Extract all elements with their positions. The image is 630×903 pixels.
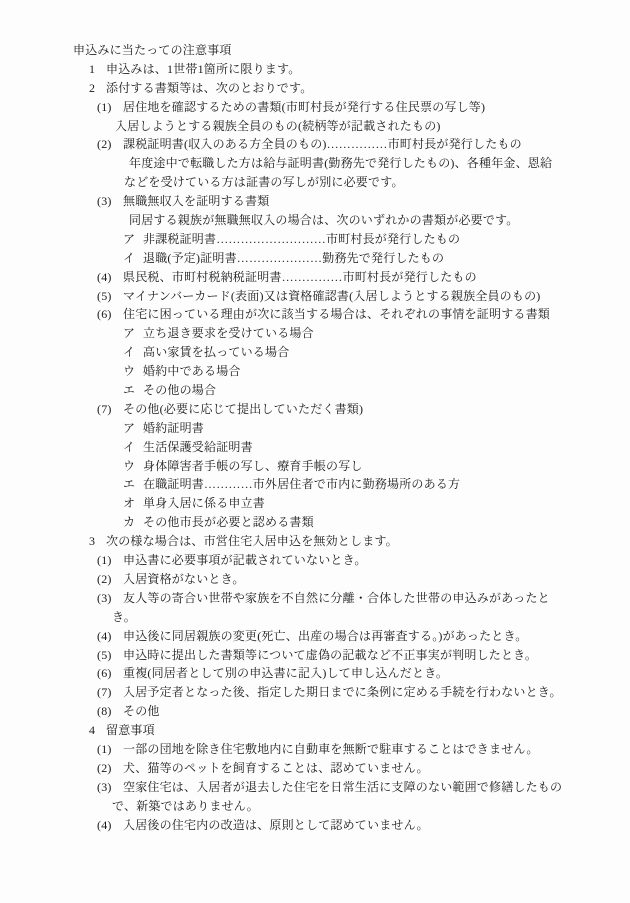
doc-line: (1)申込書に必要事項が記載されていないとき。 (0, 551, 630, 570)
line-text: 入居資格がないとき。 (123, 572, 245, 586)
doc-line: (6)住宅に困っている理由が次に該当する場合は、それぞれの事情を証明する書類 (0, 305, 630, 324)
line-text: で、新築ではありません。 (112, 799, 259, 813)
doc-line: で、新築ではありません。 (0, 797, 630, 816)
line-text: その他 (123, 704, 160, 718)
doc-line: ウ婚約中である場合 (0, 362, 630, 381)
item-marker: カ (123, 513, 143, 532)
item-marker: (7) (97, 683, 123, 702)
document-body: 申込みに当たっての注意事項 1申込みは、1世帯1箇所に限ります。2添付する書類等… (0, 0, 630, 834)
line-text: 入居予定者となった後、指定した期日までに条例に定める手続を行わないとき。 (123, 685, 562, 699)
line-text: 無職無収入を証明する書類 (123, 194, 269, 208)
doc-line: (1)一部の団地を除き住宅敷地内に自動車を無断で駐車することはできません。 (0, 740, 630, 759)
line-text: 身体障害者手帳の写し、療育手帳の写し (143, 459, 363, 473)
item-marker: エ (123, 381, 143, 400)
doc-line: (5)マイナンバーカード(表面)又は資格確認書(入居しようとする親族全員のもの) (0, 287, 630, 306)
item-marker: 1 (89, 60, 106, 79)
line-text: 課税証明書(収入のある方全員のもの)……………市町村長が発行したもの (123, 137, 522, 151)
doc-line: ア婚約証明書 (0, 419, 630, 438)
item-marker: (1) (97, 740, 123, 759)
line-text: 重複(同居者として別の申込書に記入)して申し込んだとき。 (123, 666, 448, 680)
item-marker: (5) (97, 646, 123, 665)
line-text: 入居後の住宅内の改造は、原則として認めていません。 (123, 818, 429, 832)
doc-line: (4)入居後の住宅内の改造は、原則として認めていません。 (0, 816, 630, 835)
item-marker: (3) (97, 589, 123, 608)
line-text: 婚約証明書 (143, 421, 204, 435)
document-title: 申込みに当たっての注意事項 (0, 41, 630, 60)
item-marker: (2) (97, 759, 123, 778)
line-text: その他の場合 (143, 383, 216, 397)
doc-line: (4)県民税、市町村税納税証明書……………市町村長が発行したもの (0, 268, 630, 287)
doc-line: (3)空家住宅は、入居者が退去した住宅を日常生活に支障のない範囲で修繕したもの (0, 778, 630, 797)
line-text: 申込みは、1世帯1箇所に限ります。 (106, 62, 300, 76)
item-marker: (4) (97, 627, 123, 646)
line-text: その他市長が必要と認める書類 (143, 515, 314, 529)
doc-line: 入居しようとする親族全員のもの(続柄等が記載されたもの) (0, 117, 630, 136)
doc-line: き。 (0, 608, 630, 627)
line-text: 生活保護受給証明書 (143, 440, 253, 454)
doc-line: カその他市長が必要と認める書類 (0, 513, 630, 532)
item-marker: ウ (123, 457, 143, 476)
item-marker: イ (123, 343, 143, 362)
document-lines: 1申込みは、1世帯1箇所に限ります。2添付する書類等は、次のとおりです。(1)居… (0, 60, 630, 835)
doc-line: エその他の場合 (0, 381, 630, 400)
item-marker: (1) (97, 551, 123, 570)
doc-line: 年度途中で転職した方は給与証明書(勤務先で発行したもの)、各種年金、恩給 (0, 154, 630, 173)
line-text: 友人等の寄合い世帯や家族を不自然に分離・合体した世帯の申込みがあったと (123, 591, 550, 605)
doc-line: (2)入居資格がないとき。 (0, 570, 630, 589)
line-text: 申込時に提出した書類等について虚偽の記載など不正事実が判明したとき。 (123, 648, 537, 662)
doc-line: イ高い家賃を払っている場合 (0, 343, 630, 362)
doc-line: (3)友人等の寄合い世帯や家族を不自然に分離・合体した世帯の申込みがあったと (0, 589, 630, 608)
doc-line: イ退職(予定)証明書…………………勤務先で発行したもの (0, 249, 630, 268)
line-text: などを受けている方は証書の写しが別に必要です。 (124, 175, 404, 189)
item-marker: (6) (97, 305, 123, 324)
line-text: 退職(予定)証明書…………………勤務先で発行したもの (143, 251, 444, 265)
doc-line: (5)申込時に提出した書類等について虚偽の記載など不正事実が判明したとき。 (0, 646, 630, 665)
item-marker: ア (123, 230, 143, 249)
doc-line: エ在職証明書…………市外居住者で市内に勤務場所のある方 (0, 475, 630, 494)
line-text: き。 (112, 610, 136, 624)
item-marker: (1) (97, 98, 123, 117)
item-marker: (7) (97, 400, 123, 419)
document-page: 申込みに当たっての注意事項 1申込みは、1世帯1箇所に限ります。2添付する書類等… (0, 0, 630, 903)
line-text: 婚約中である場合 (143, 364, 241, 378)
doc-line: ア非課税証明書………………………市町村長が発行したもの (0, 230, 630, 249)
item-marker: オ (123, 494, 143, 513)
item-marker: (3) (97, 192, 123, 211)
item-marker: (6) (97, 664, 123, 683)
item-marker: ア (123, 419, 143, 438)
item-marker: (8) (97, 702, 123, 721)
line-text: 高い家賃を払っている場合 (143, 345, 289, 359)
doc-line: などを受けている方は証書の写しが別に必要です。 (0, 173, 630, 192)
doc-line: 4留意事項 (0, 721, 630, 740)
line-text: 留意事項 (106, 723, 155, 737)
doc-line: (7)その他(必要に応じて提出していただく書類) (0, 400, 630, 419)
line-text: 年度途中で転職した方は給与証明書(勤務先で発行したもの)、各種年金、恩給 (129, 156, 552, 170)
doc-line: (3)無職無収入を証明する書類 (0, 192, 630, 211)
doc-line: (8)その他 (0, 702, 630, 721)
line-text: 単身入居に係る申立書 (143, 496, 265, 510)
line-text: マイナンバーカード(表面)又は資格確認書(入居しようとする親族全員のもの) (123, 289, 540, 303)
doc-line: 2添付する書類等は、次のとおりです。 (0, 79, 630, 98)
line-text: 在職証明書…………市外居住者で市内に勤務場所のある方 (143, 477, 460, 491)
doc-line: (2)犬、猫等のペットを飼育することは、認めていません。 (0, 759, 630, 778)
line-text: 住宅に困っている理由が次に該当する場合は、それぞれの事情を証明する書類 (123, 307, 550, 321)
line-text: 入居しようとする親族全員のもの(続柄等が記載されたもの) (115, 119, 441, 133)
doc-line: 同居する親族が無職無収入の場合は、次のいずれかの書類が必要です。 (0, 211, 630, 230)
item-marker: イ (123, 438, 143, 457)
item-marker: (4) (97, 268, 123, 287)
doc-line: (1)居住地を確認するための書類(市町村長が発行する住民票の写し等) (0, 98, 630, 117)
line-text: 次の様な場合は、市営住宅入居申込を無効とします。 (106, 534, 398, 548)
doc-line: 3次の様な場合は、市営住宅入居申込を無効とします。 (0, 532, 630, 551)
item-marker: エ (123, 475, 143, 494)
line-text: 同居する親族が無職無収入の場合は、次のいずれかの書類が必要です。 (129, 213, 518, 227)
line-text: 添付する書類等は、次のとおりです。 (106, 81, 312, 95)
line-text: 空家住宅は、入居者が退去した住宅を日常生活に支障のない範囲で修繕したもの (123, 780, 562, 794)
item-marker: (2) (97, 135, 123, 154)
line-text: 一部の団地を除き住宅敷地内に自動車を無断で駐車することはできません。 (123, 742, 539, 756)
item-marker: (4) (97, 816, 123, 835)
doc-line: (4)申込後に同居親族の変更(死亡、出産の場合は再審査する。)があったとき。 (0, 627, 630, 646)
item-marker: 3 (89, 532, 106, 551)
doc-line: イ生活保護受給証明書 (0, 438, 630, 457)
line-text: 県民税、市町村税納税証明書……………市町村長が発行したもの (123, 270, 477, 284)
line-text: その他(必要に応じて提出していただく書類) (123, 402, 363, 416)
doc-line: オ単身入居に係る申立書 (0, 494, 630, 513)
item-marker: イ (123, 249, 143, 268)
item-marker: ア (123, 324, 143, 343)
line-text: 犬、猫等のペットを飼育することは、認めていません。 (123, 761, 429, 775)
doc-line: ア立ち退き要求を受けている場合 (0, 324, 630, 343)
doc-line: 1申込みは、1世帯1箇所に限ります。 (0, 60, 630, 79)
doc-line: (6)重複(同居者として別の申込書に記入)して申し込んだとき。 (0, 664, 630, 683)
item-marker: (2) (97, 570, 123, 589)
item-marker: ウ (123, 362, 143, 381)
line-text: 居住地を確認するための書類(市町村長が発行する住民票の写し等) (123, 100, 485, 114)
line-text: 立ち退き要求を受けている場合 (143, 326, 314, 340)
item-marker: (5) (97, 287, 123, 306)
item-marker: 4 (89, 721, 106, 740)
line-text: 申込書に必要事項が記載されていないとき。 (123, 553, 367, 567)
item-marker: 2 (89, 79, 106, 98)
doc-line: (2)課税証明書(収入のある方全員のもの)……………市町村長が発行したもの (0, 135, 630, 154)
doc-line: ウ身体障害者手帳の写し、療育手帳の写し (0, 457, 630, 476)
item-marker: (3) (97, 778, 123, 797)
line-text: 申込後に同居親族の変更(死亡、出産の場合は再審査する。)があったとき。 (123, 629, 527, 643)
line-text: 非課税証明書………………………市町村長が発行したもの (143, 232, 460, 246)
doc-line: (7)入居予定者となった後、指定した期日までに条例に定める手続を行わないとき。 (0, 683, 630, 702)
